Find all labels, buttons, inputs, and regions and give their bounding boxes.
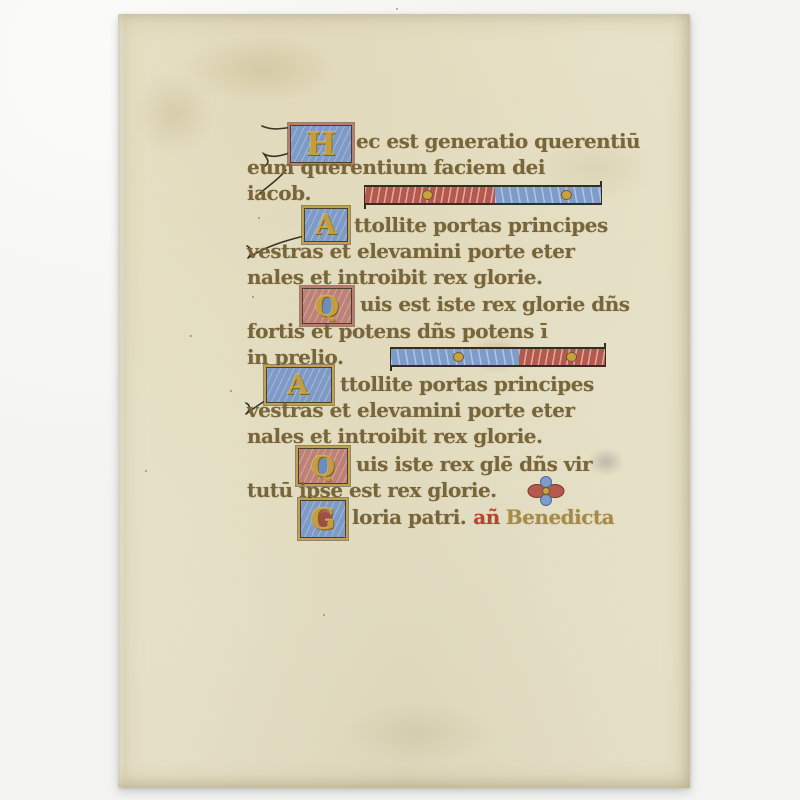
gold-dot [422, 190, 433, 200]
parchment-stain [134, 72, 214, 156]
text-line: nales et introibit rex glorie. [247, 264, 543, 290]
initial-letter: G [311, 502, 336, 536]
ink-speck [258, 217, 260, 219]
text-line: nales et introibit rex glorie. [247, 423, 543, 449]
rubric-abbreviation: añ [473, 505, 500, 529]
initial-letter: H [306, 125, 336, 163]
text-segment: Benedicta [506, 505, 614, 529]
ink-speck [230, 390, 232, 392]
text-line: ttollite portas principes [354, 212, 608, 238]
initial-letter: Q [315, 290, 339, 323]
bar-red-segment [365, 187, 495, 203]
gold-dot [453, 352, 464, 362]
text-line: loria patri.añBenedicta [352, 504, 614, 530]
parchment-stain [180, 35, 340, 103]
blue-red-line-filler-bar [390, 347, 606, 367]
photograph-backdrop: H ec est generatio querentiū eum querent… [0, 0, 800, 800]
text-line: uis est iste rex glorie dñs [360, 291, 630, 317]
red-blue-line-filler-bar [364, 185, 602, 205]
text-line: uis iste rex glē dñs vir [356, 451, 592, 477]
parchment-stain [343, 702, 493, 764]
dust-speck [396, 8, 398, 10]
bar-blue-segment [391, 349, 519, 365]
ink-speck [323, 614, 325, 616]
quatrefoil-line-filler [526, 475, 566, 507]
text-line: iacob. [247, 180, 311, 206]
bar-blue-segment [495, 187, 601, 203]
initial-letter: Q [311, 450, 335, 483]
text-line: eum querentium faciem dei [247, 154, 545, 180]
text-line: ec est generatio querentiū [356, 128, 640, 154]
ink-speck [252, 296, 254, 298]
text-line: ttollite portas principes [340, 371, 594, 397]
initial-letter: A [316, 210, 337, 241]
text-line: fortis et potens dñs potens ī [247, 318, 547, 344]
illuminated-initial-g: G [300, 500, 346, 538]
ink-speck [190, 335, 192, 337]
bar-red-segment [519, 349, 605, 365]
ink-speck [145, 470, 147, 472]
text-line: vestras et elevamini porte eter [247, 397, 575, 423]
illuminated-initial-a: A [304, 208, 348, 242]
text-line: vestras et elevamini porte eter [247, 238, 575, 264]
gold-dot [566, 352, 577, 362]
initial-letter: A [288, 370, 311, 401]
smudge [588, 448, 624, 476]
text-line: tutū ipse est rex glorie. [247, 477, 497, 503]
text-segment: loria patri. [352, 505, 466, 529]
gold-dot [561, 190, 572, 200]
manuscript-leaf: H ec est generatio querentiū eum querent… [118, 14, 690, 788]
